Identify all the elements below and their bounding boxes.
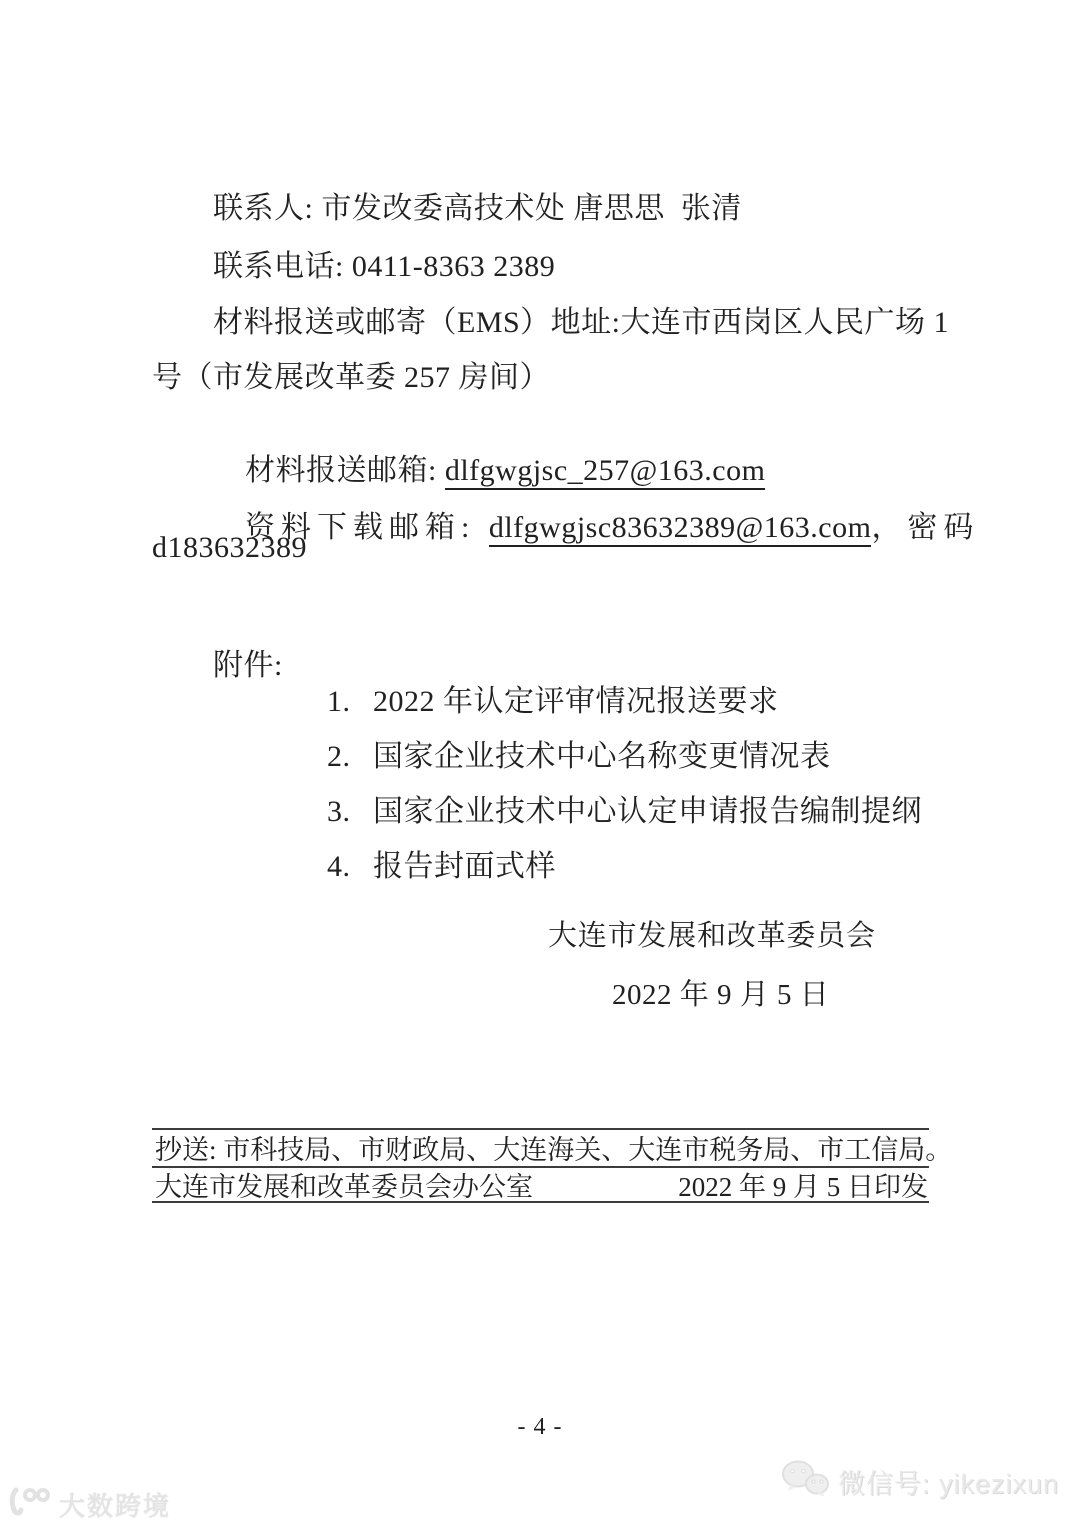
watermark-wechat: 微信号: yikezixun <box>780 1460 1059 1503</box>
attachment-item: 4.报告封面式样 <box>295 813 556 921</box>
download-email-address: dlfgwgjsc83632389@163.com <box>489 511 872 547</box>
footer-rule-middle <box>152 1166 929 1168</box>
watermark-brand: 大数跨境 <box>8 1486 171 1523</box>
print-date: 2022 年 9 月 5 日印发 <box>678 1171 928 1203</box>
attachment-title: 报告封面式样 <box>373 850 556 883</box>
issuer-signature: 大连市发展和改革委员会 <box>548 918 876 954</box>
issuing-office-line: 大连市发展和改革委员会办公室 <box>155 1171 533 1203</box>
issue-date: 2022 年 9 月 5 日 <box>612 977 829 1013</box>
contact-person-line: 联系人: 市发改委高技术处 唐思思 张清 <box>213 191 742 227</box>
cc-line: 抄送: 市科技局、市财政局、大连海关、大连市税务局、市工信局。 <box>155 1134 952 1166</box>
attachment-number: 4. <box>327 849 373 885</box>
download-email-suffix: ，密码 <box>871 511 979 544</box>
wechat-icon <box>780 1460 830 1503</box>
footer-rule-bottom <box>152 1201 929 1203</box>
brand-logo-icon <box>8 1486 52 1523</box>
wechat-watermark-text: 微信号: yikezixun <box>838 1462 1059 1501</box>
contact-phone-line: 联系电话: 0411-8363 2389 <box>213 249 555 285</box>
address-line-1: 材料报送或邮寄（EMS）地址:大连市西岗区人民广场 1 <box>213 305 949 341</box>
download-email-line: 资料下载邮箱: dlfgwgjsc83632389@163.com，密码 <box>213 474 979 582</box>
email-password-line: d183632389 <box>152 530 307 566</box>
page-number: - 4 - <box>0 1414 1080 1441</box>
attachments-label: 附件: <box>213 648 283 684</box>
address-line-2: 号（市发展改革委 257 房间） <box>152 360 550 396</box>
document-page: 联系人: 市发改委高技术处 唐思思 张清 联系电话: 0411-8363 238… <box>0 0 1080 1527</box>
brand-watermark-text: 大数跨境 <box>59 1486 171 1523</box>
footer-rule-top <box>152 1128 929 1130</box>
